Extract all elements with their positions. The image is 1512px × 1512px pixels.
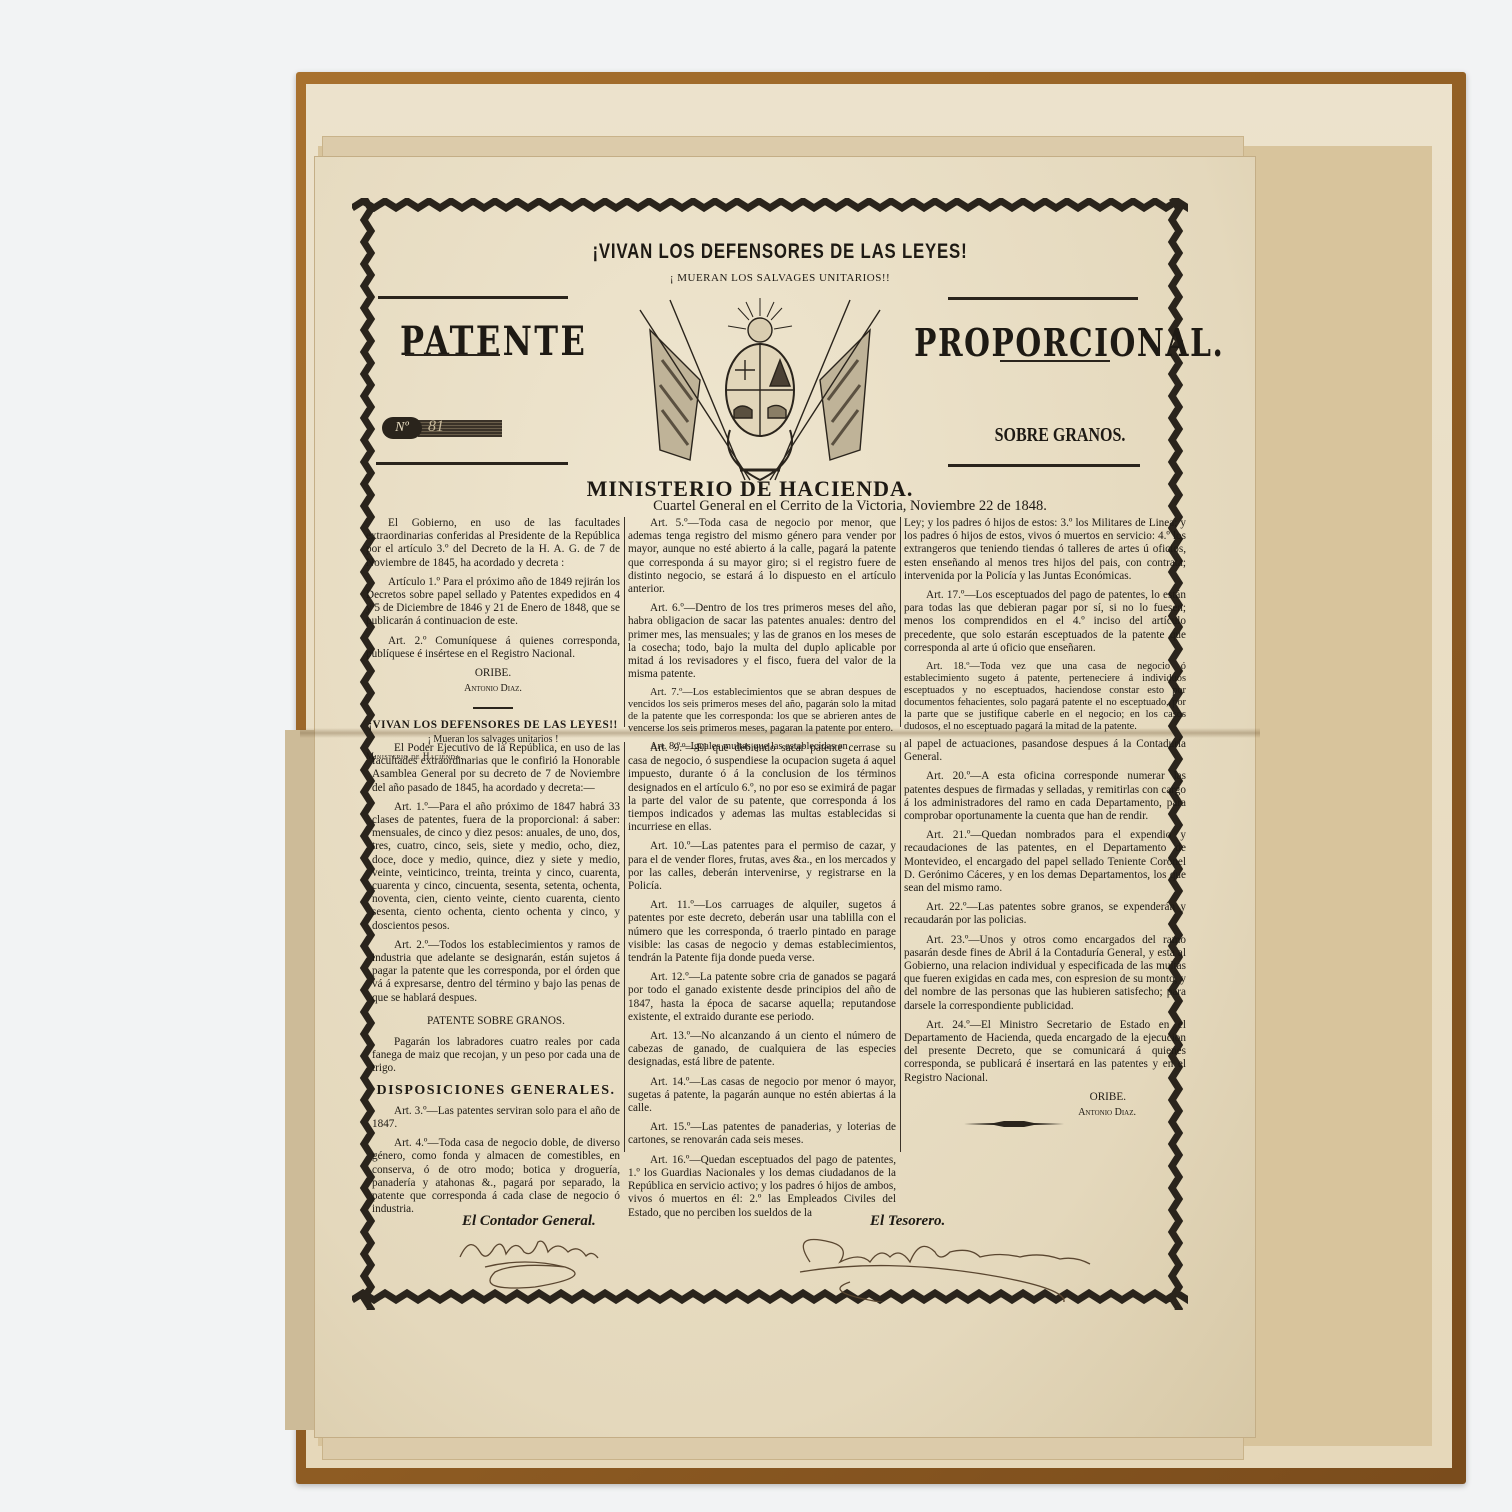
column-divider	[624, 742, 625, 1152]
article-18: Art. 18.º—Toda vez que una casa de negoc…	[904, 661, 1186, 733]
article-24: Art. 24.º—El Ministro Secretario de Esta…	[904, 1019, 1186, 1085]
article-1-1847: Art. 1.º—Para el año próximo de 1847 hab…	[372, 801, 620, 933]
header-muera: ¡ MUERAN LOS SALVAGES UNITARIOS!!	[640, 272, 920, 284]
granos-heading: PATENTE SOBRE GRANOS.	[372, 1015, 620, 1028]
article-19-continued: al papel de actuaciones, pasandose despu…	[904, 738, 1186, 764]
article-7: Art. 7.º—Los establecimientos que se abr…	[628, 687, 896, 735]
rule	[948, 297, 1138, 300]
signature-diaz-2: Antonio Diaz.	[904, 1106, 1186, 1119]
signature-diaz: Antonio Diaz.	[366, 682, 620, 695]
handwritten-signature-contador-icon	[455, 1232, 685, 1292]
decree-1846-intro: El Poder Ejecutivo de la República, en u…	[372, 742, 620, 795]
column-2-top: Art. 5.º—Toda casa de negocio por menor,…	[628, 517, 896, 759]
article-4: Art. 4.º—Toda casa de negocio doble, de …	[372, 1137, 620, 1216]
article-9: Art. 9.º—El que debiendo sacar patente c…	[628, 742, 896, 834]
article-2-1847: Art. 2.º—Todos los establecimientos y ra…	[372, 939, 620, 1005]
column-2-bottom: Art. 9.º—El que debiendo sacar patente c…	[628, 742, 896, 1226]
article-23: Art. 23.º—Unos y otros como encargados d…	[904, 934, 1186, 1013]
article-1: Artículo 1.º Para el próximo año de 1849…	[366, 576, 620, 629]
article-12: Art. 12.º—La patente sobre cria de ganad…	[628, 971, 896, 1024]
article-5: Art. 5.º—Toda casa de negocio por menor,…	[628, 517, 896, 596]
article-11: Art. 11.º—Los carruages de alquiler, sug…	[628, 899, 896, 965]
category-sobre-granos: SOBRE GRANOS.	[980, 424, 1140, 447]
article-6: Art. 6.º—Dentro de los tres primeros mes…	[628, 602, 896, 681]
ornament-rule-icon	[964, 1120, 1064, 1128]
article-16: Art. 16.º—Quedan esceptuados del pago de…	[628, 1154, 896, 1220]
signature-oribe-2: ORIBE.	[904, 1091, 1186, 1104]
title-patente: PATENTE	[400, 318, 560, 365]
patent-number-badge: Nº 81	[382, 417, 502, 439]
binding-spine	[285, 730, 315, 1430]
header-viva: ¡VIVAN LOS DEFENSORES DE LAS LEYES!	[588, 240, 972, 264]
article-16-continued: Ley; y los padres ó hijos de estos: 3.º …	[904, 517, 1186, 583]
patent-number: 81	[428, 418, 444, 436]
coat-of-arms-icon	[630, 290, 890, 490]
column-3-bottom: al papel de actuaciones, pasandose despu…	[904, 738, 1186, 1125]
title-proporcional: PROPORCIONAL.	[914, 320, 1156, 365]
rule	[948, 464, 1140, 467]
article-21: Art. 21.º—Quedan nombrados para el expen…	[904, 829, 1186, 895]
rule	[405, 354, 500, 356]
rule	[1000, 360, 1110, 362]
rule	[378, 296, 568, 299]
rule	[376, 462, 568, 465]
article-14: Art. 14.º—Las casas de negocio por menor…	[628, 1076, 896, 1116]
second-decree-viva: ¡VIVAN LOS DEFENSORES DE LAS LEYES!!	[366, 719, 620, 732]
article-20: Art. 20.º—A esta oficina corresponde num…	[904, 770, 1186, 823]
article-17: Art. 17.º—Los esceptuados del pago de pa…	[904, 589, 1186, 655]
column-1-top: El Gobierno, en uso de las facultades ex…	[366, 517, 620, 763]
article-13: Art. 13.º—No alcanzando á un ciento el n…	[628, 1030, 896, 1070]
rule	[473, 707, 513, 709]
place-and-date: Cuartel General en el Cerrito de la Vict…	[640, 498, 1060, 515]
column-divider	[900, 742, 901, 1152]
column-1-bottom: El Poder Ejecutivo de la República, en u…	[372, 742, 620, 1223]
article-10: Art. 10.º—Las patentes para el permiso d…	[628, 840, 896, 893]
article-22: Art. 22.º—Las patentes sobre granos, se …	[904, 901, 1186, 927]
number-label: Nº	[382, 417, 422, 439]
article-15: Art. 15.º—Las patentes de panaderias, y …	[628, 1121, 896, 1147]
decree-intro: El Gobierno, en uso de las facultades ex…	[366, 517, 620, 570]
disposiciones-heading: DISPOSICIONES GENERALES.	[372, 1084, 620, 1097]
column-divider	[624, 517, 625, 727]
handwritten-signature-tesorero-icon	[790, 1222, 1120, 1302]
signature-oribe: ORIBE.	[366, 667, 620, 680]
granos-text: Pagarán los labradores cuatro reales por…	[372, 1036, 620, 1076]
column-divider	[900, 517, 901, 727]
contador-label: El Contador General.	[462, 1213, 596, 1230]
article-3: Art. 3.º—Las patentes serviran solo para…	[372, 1105, 620, 1131]
article-2: Art. 2.º Comuníquese á quienes correspon…	[366, 635, 620, 661]
column-3-top: Ley; y los padres ó hijos de estos: 3.º …	[904, 517, 1186, 739]
